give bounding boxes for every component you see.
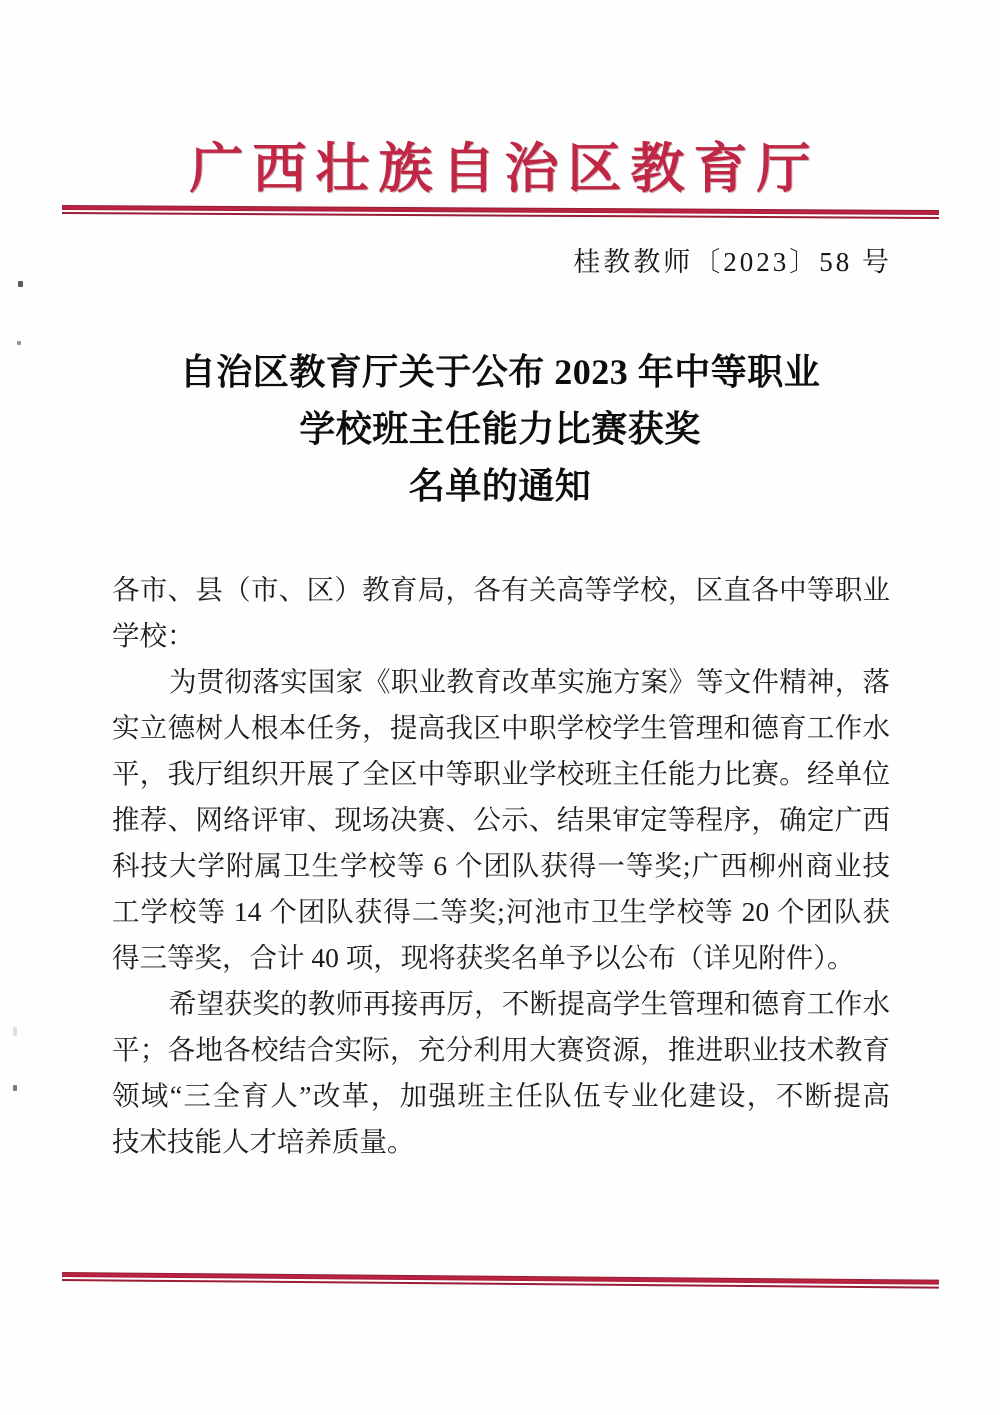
body-line: 领域“三全育人”改革，加强班主任队伍专业化建设，不断提高 (112, 1073, 890, 1119)
notice-title-line-2: 学校班主任能力比赛获奖 (0, 401, 1000, 458)
scan-speck (13, 1027, 17, 1036)
scanned-official-notice-page: 广西壮族自治区教育厅 桂教教师〔2023〕58 号 自治区教育厅关于公布 202… (0, 0, 1000, 1415)
body-line: 工学校等 14 个团队获得二等奖;河池市卫生学校等 20 个团队获 (112, 889, 890, 935)
body-line: 希望获奖的教师再接再厉，不断提高学生管理和德育工作水 (112, 981, 890, 1027)
body-line: 技术技能人才培养质量。 (112, 1119, 890, 1165)
body-line: 平，我厅组织开展了全区中等职业学校班主任能力比赛。经单位 (112, 751, 890, 797)
body-line: 科技大学附属卫生学校等 6 个团队获得一等奖;广西柳州商业技 (112, 843, 890, 889)
paragraph-results: 为贯彻落实国家《职业教育改革实施方案》等文件精神，落 实立德树人根本任务，提高我… (112, 659, 890, 981)
notice-title-line-1: 自治区教育厅关于公布 2023 年中等职业 (0, 344, 1000, 401)
paragraph-salutation: 各市、县（市、区）教育局，各有关高等学校，区直各中等职业 学校： (112, 567, 890, 659)
document-number: 桂教教师〔2023〕58 号 (573, 240, 892, 279)
masthead-double-rule (62, 205, 939, 219)
body-line: 得三等奖，合计 40 项，现将获奖名单予以公布（详见附件）。 (112, 935, 890, 981)
body-line: 推荐、网络评审、现场决赛、公示、结果审定等程序，确定广西 (112, 797, 890, 843)
scan-speck (18, 281, 23, 287)
footer-double-rule (62, 1272, 939, 1289)
agency-masthead: 广西壮族自治区教育厅 (0, 126, 1000, 203)
body-line: 为贯彻落实国家《职业教育改革实施方案》等文件精神，落 (112, 659, 890, 705)
scan-speck (13, 1085, 17, 1091)
notice-title: 自治区教育厅关于公布 2023 年中等职业 学校班主任能力比赛获奖 名单的通知 (0, 344, 1000, 515)
paragraph-encouragement: 希望获奖的教师再接再厉，不断提高学生管理和德育工作水 平；各地各校结合实际，充分… (112, 981, 890, 1165)
body-line: 学校： (112, 613, 890, 659)
body-line: 各市、县（市、区）教育局，各有关高等学校，区直各中等职业 (112, 567, 890, 613)
scan-speck (17, 341, 21, 345)
notice-body: 各市、县（市、区）教育局，各有关高等学校，区直各中等职业 学校： 为贯彻落实国家… (112, 567, 890, 1165)
notice-title-line-3: 名单的通知 (0, 458, 1000, 515)
body-line: 实立德树人根本任务，提高我区中职学校学生管理和德育工作水 (112, 705, 890, 751)
body-line: 平；各地各校结合实际，充分利用大赛资源，推进职业技术教育 (112, 1027, 890, 1073)
